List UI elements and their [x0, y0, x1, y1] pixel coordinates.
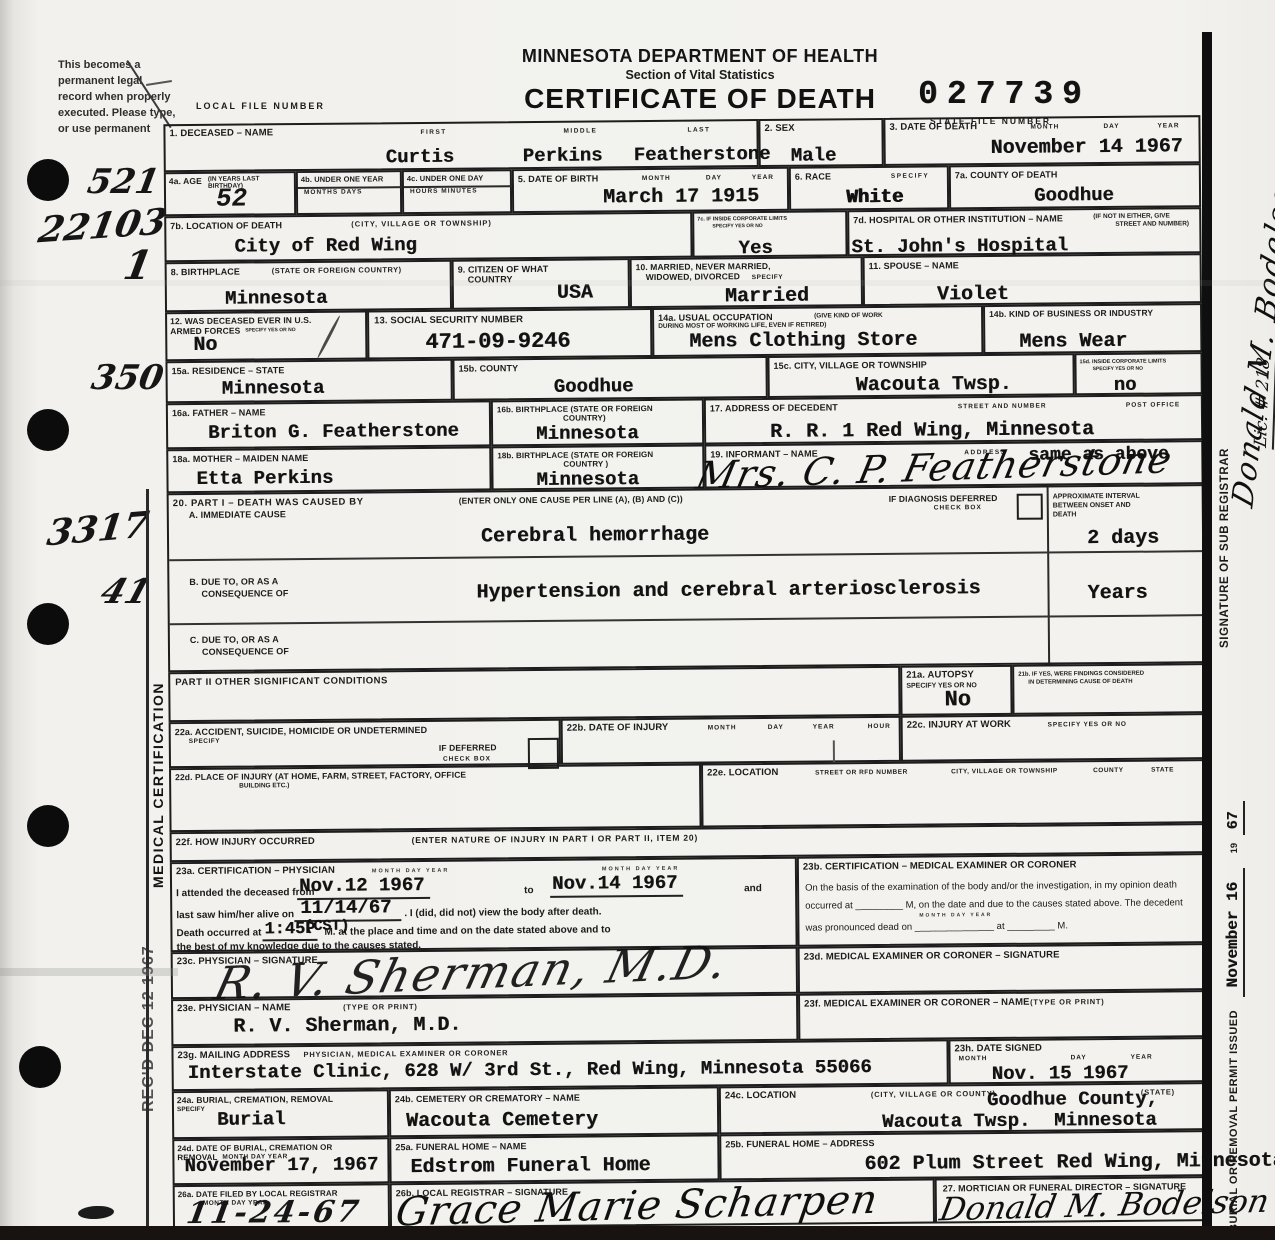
father-name-value: Briton G. Featherstone [208, 422, 459, 443]
deceased-first-name: Curtis [386, 148, 455, 168]
burial-location-township: Wacouta Twsp. [882, 1112, 1030, 1132]
marital-status-value: Married [725, 287, 809, 308]
ssn-value: 471-09-9246 [425, 331, 570, 354]
burial-date-value: November 17, 1967 [184, 1155, 378, 1176]
field-residence-limits: 15d. INSIDE CORPORATE LIMITS SPECIFY YES… [1074, 352, 1202, 395]
funeral-home-value: Edstrom Funeral Home [410, 1156, 650, 1178]
sub-registrar-license: Lic. # 218 [1251, 356, 1275, 450]
punch-hole [27, 805, 69, 847]
field-injury-at-work: 22c. INJURY AT WORK SPECIFY YES OR NO [901, 713, 1206, 762]
age-value: 52 [214, 183, 250, 213]
field-injury-location: 22e. LOCATION STREET OR RFD NUMBER CITY,… [701, 759, 1207, 827]
field-under-one-day: 4c. UNDER ONE DAY HOURS MINUTES [402, 169, 512, 214]
burial-permit-year: 67 [1225, 801, 1245, 835]
punch-hole [27, 159, 69, 201]
cemetery-value: Wacouta Cemetery [406, 1110, 598, 1132]
certificate-form: 1. DECEASED – NAME FIRST MIDDLE LAST Cur… [0, 0, 1275, 1240]
field-place-of-injury: 22d. PLACE OF INJURY (AT HOME, FARM, STR… [169, 764, 702, 833]
occupation-value: Mens Clothing Store [689, 331, 917, 353]
date-signed-value: Nov. 15 1967 [992, 1064, 1129, 1084]
sex-value: Male [791, 146, 837, 165]
field-date-of-injury: 22b. DATE OF INJURY MONTH DAY YEAR HOUR [561, 716, 901, 765]
location-of-death-value: City of Red Wing [234, 236, 417, 257]
residence-state-value: Minnesota [222, 379, 325, 399]
father-birthplace-value: Minnesota [536, 424, 639, 444]
date-of-death-value: November 14 1967 [991, 137, 1183, 159]
field-findings-considered: 21b. IF YES, WERE FINDINGS CONSIDERED IN… [1012, 663, 1205, 715]
time-of-death: 1:45P [262, 921, 317, 941]
right-edge-bar [1202, 32, 1212, 1228]
field-accident-suicide: 22a. ACCIDENT, SUICIDE, HOMICIDE OR UNDE… [169, 719, 561, 768]
race-value: White [846, 188, 903, 207]
residence-limits-value: no [1114, 376, 1137, 395]
diagnosis-deferred-checkbox [1017, 494, 1043, 520]
armed-forces-value: No [193, 336, 217, 356]
field-examiner-signature: 23d. MEDICAL EXAMINER OR CORONER – SIGNA… [798, 943, 1208, 994]
due-to-b-value: Hypertension and cerebral arterioscleros… [476, 579, 980, 603]
burial-permit-date: November 16 [1224, 868, 1245, 998]
burial-type-value: Burial [217, 1110, 286, 1130]
industry-value: Mens Wear [1019, 332, 1127, 353]
punch-hole [27, 603, 69, 645]
citizen-value: USA [557, 283, 593, 303]
due-to-b-interval: Years [1087, 584, 1147, 605]
mother-name-value: Etta Perkins [196, 469, 333, 489]
funeral-home-address-value: 602 Plum Street Red Wing, Minnesota [864, 1151, 1275, 1175]
physician-name-value: R. V. Sherman, M.D. [233, 1016, 461, 1038]
punch-hole [19, 1046, 61, 1088]
punch-hole [27, 409, 69, 451]
residence-city-value: Wacouta Twsp. [856, 375, 1012, 396]
burial-permit-label: BURIAL OR REMOVAL PERMIT ISSUED [1228, 1010, 1240, 1232]
mother-birthplace-value: Minnesota [536, 470, 639, 490]
immediate-cause-value: Cerebral hemorrhage [481, 525, 709, 547]
county-of-death-value: Goodhue [1034, 186, 1114, 206]
scanned-certificate-page: This becomes a permanent legal record wh… [0, 0, 1275, 1240]
scan-bottom-edge [0, 1226, 1275, 1240]
immediate-cause-interval: 2 days [1087, 529, 1159, 550]
deceased-last-name: Featherstone [634, 145, 771, 165]
mortician-signature-script: Donald M. Bodelson [937, 1182, 1273, 1229]
section-part1-cause-of-death: 20. PART I – DEATH WAS CAUSED BY A. IMME… [167, 484, 1206, 672]
spouse-value: Violet [937, 285, 1009, 306]
field-under-one-year: 4b. UNDER ONE YEAR MONTHS DAYS [296, 170, 402, 215]
burial-permit-vertical: BURIAL OR REMOVAL PERMIT ISSUED November… [1224, 801, 1242, 1232]
deceased-middle-name: Perkins [523, 146, 603, 166]
scan-streak [0, 280, 1275, 286]
attended-to-date: Nov.14 1967 [550, 874, 684, 898]
burial-location-county: Goodhue County, [987, 1090, 1158, 1110]
corporate-limits-value: Yes [738, 239, 772, 258]
field-examiner-name: 23f. MEDICAL EXAMINER OR CORONER – NAME … [798, 990, 1208, 1041]
section-part2-other-conditions: PART II OTHER SIGNIFICANT CONDITIONS [168, 666, 900, 722]
burial-location-state: Minnesota [1054, 1111, 1157, 1131]
decedent-address-value: R. R. 1 Red Wing, Minnesota [770, 420, 1094, 443]
interval-column-rule [1047, 488, 1051, 663]
date-of-birth-value: March 17 1915 [603, 187, 759, 208]
autopsy-value: No [944, 689, 971, 711]
residence-county-value: Goodhue [554, 377, 634, 397]
birthplace-value: Minnesota [225, 289, 328, 309]
field-certification-examiner: 23b. CERTIFICATION – MEDICAL EXAMINER OR… [797, 853, 1208, 947]
scan-streak [0, 968, 178, 976]
